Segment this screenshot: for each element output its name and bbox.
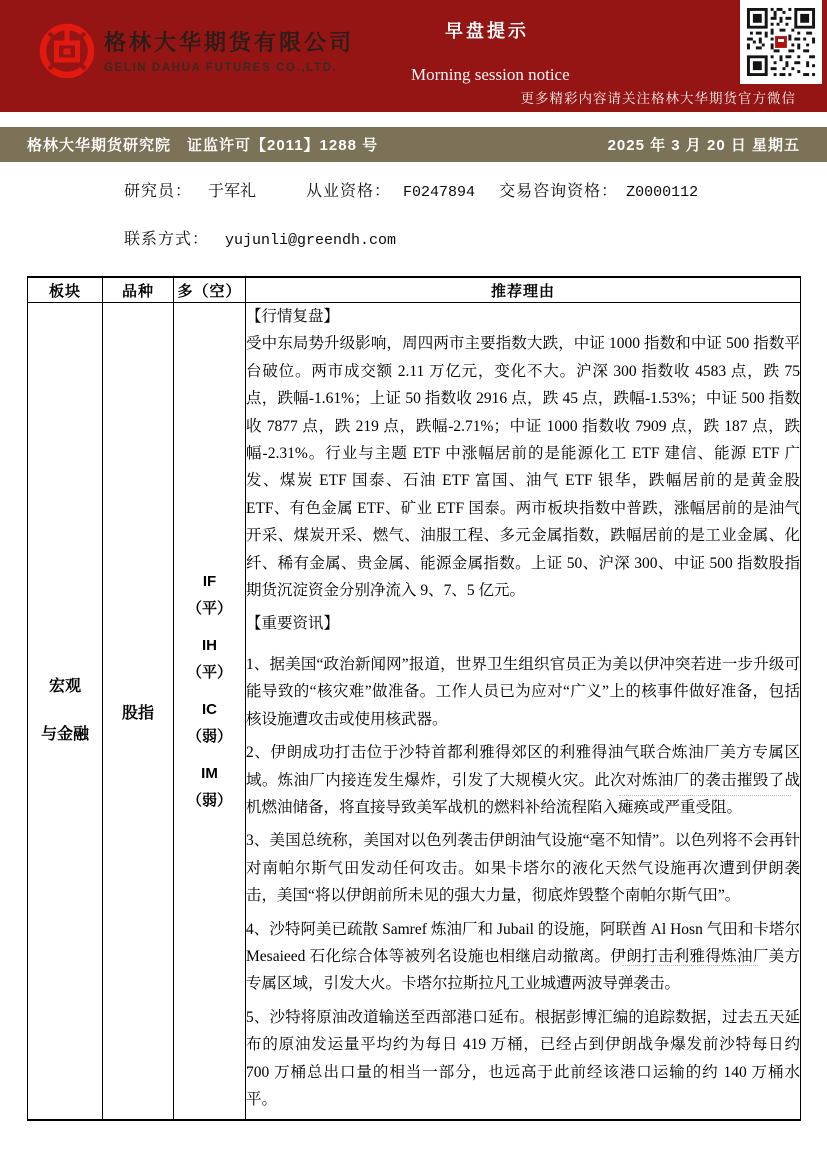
section-heading-important-news: 【重要资讯】 (246, 610, 800, 637)
company-name-cn: 格林大华期货有限公司 (104, 26, 354, 57)
position-item-im: IM （弱） (174, 760, 245, 814)
news-paragraph-5: 5、沙特将原油改道输送至西部港口延布。根据彭博汇编的追踪数据，过去五天延布的原油… (246, 1004, 800, 1114)
news-paragraph-4: 4、沙特阿美已疏散 Samref 炼油厂和 Jubail 的设施，阿联酋 Al … (246, 916, 800, 998)
position-code: IH (174, 632, 245, 659)
recommendation-table: 板块 品种 多（空） 推荐理由 宏观 与金融 股指 IF （平） (27, 276, 801, 1121)
banner-divider-gap (0, 112, 827, 127)
table-row: 宏观 与金融 股指 IF （平） IH （平） IC (28, 303, 801, 1121)
wechat-follow-note: 更多精彩内容请关注格林大华期货官方微信 (521, 87, 797, 107)
reason-cell: 【行情复盘】 受中东局势升级影响，周四两市主要指数大跌，中证 1000 指数和中… (246, 303, 801, 1121)
variety-text: 股指 (122, 705, 154, 722)
col-header-position: 多（空） (174, 277, 246, 303)
position-stance: （平） (174, 659, 245, 686)
contact-row: 联系方式： yujunli@greendh.com (124, 226, 827, 249)
researcher-name: 于军礼 (208, 178, 256, 201)
report-title-en: Morning session notice (411, 65, 563, 85)
sector-cell: 宏观 与金融 (28, 303, 103, 1121)
market-review-paragraph: 受中东局势升级影响，周四两市主要指数大跌，中证 1000 指数和中证 500 指… (246, 330, 800, 604)
company-name-en: GELIN DAHUA FUTURES CO.,LTD. (104, 62, 354, 74)
section-market-review: 【行情复盘】 受中东局势升级影响，周四两市主要指数大跌，中证 1000 指数和中… (246, 303, 800, 604)
table-header-row: 板块 品种 多（空） 推荐理由 (28, 277, 801, 303)
advisory-number: Z0000112 (626, 184, 698, 201)
contact-email: yujunli@greendh.com (225, 232, 396, 249)
dotted-artifact-line-1 (619, 795, 791, 796)
researcher-credentials-row: 研究员： 于军礼 从业资格： F0247894 交易咨询资格： Z0000112 (124, 178, 827, 201)
position-stance: （弱） (174, 787, 245, 814)
company-name-block: 格林大华期货有限公司 GELIN DAHUA FUTURES CO.,LTD. (104, 26, 354, 74)
news-paragraph-3: 3、美国总统称，美国对以色列袭击伊朗油气设施“毫不知情”。以色列将不会再针对南帕… (246, 827, 800, 909)
position-code: IF (174, 568, 245, 595)
section-heading-market-review: 【行情复盘】 (246, 303, 800, 330)
header-banner: 格林大华期货有限公司 GELIN DAHUA FUTURES CO.,LTD. … (0, 0, 827, 112)
position-item-ic: IC （弱） (174, 696, 245, 750)
wechat-qr-code (740, 0, 822, 84)
qualification-number: F0247894 (403, 184, 475, 201)
institute-license-text: 格林大华期货研究院 证监许可【2011】1288 号 (27, 134, 378, 155)
researcher-info-block: 研究员： 于军礼 从业资格： F0247894 交易咨询资格： Z0000112… (124, 178, 827, 249)
position-stance: （平） (174, 595, 245, 622)
sector-text-line2: 与金融 (28, 724, 102, 746)
report-title-block: 早盘提示 Morning session notice (411, 17, 563, 85)
dotted-artifact-line-2 (622, 965, 758, 966)
sector-text-line1: 宏观 (28, 676, 102, 698)
col-header-variety: 品种 (103, 277, 174, 303)
position-list: IF （平） IH （平） IC （弱） IM （弱） (174, 568, 245, 814)
company-logo-icon (37, 21, 97, 81)
researcher-label: 研究员： (124, 178, 192, 201)
position-cell: IF （平） IH （平） IC （弱） IM （弱） (174, 303, 246, 1121)
qualification-label: 从业资格： (306, 178, 391, 201)
position-code: IM (174, 760, 245, 787)
position-item-ih: IH （平） (174, 632, 245, 686)
institute-info-bar: 格林大华期货研究院 证监许可【2011】1288 号 2025 年 3 月 20… (0, 127, 827, 162)
advisory-label: 交易咨询资格： (499, 178, 618, 201)
col-header-reason: 推荐理由 (246, 277, 801, 303)
report-date: 2025 年 3 月 20 日 星期五 (608, 134, 800, 155)
position-stance: （弱） (174, 723, 245, 750)
col-header-sector: 板块 (28, 277, 103, 303)
position-code: IC (174, 696, 245, 723)
news-paragraph-2: 2、伊朗成功打击位于沙特首都利雅得郊区的利雅得油气联合炼油厂美方专属区域。炼油厂… (246, 739, 800, 821)
news-paragraph-1: 1、据美国“政治新闻网”报道，世界卫生组织官员正为美以伊冲突若进一步升级可能导致… (246, 651, 800, 733)
variety-cell: 股指 (103, 303, 174, 1121)
contact-label: 联系方式： (124, 231, 209, 248)
position-item-if: IF （平） (174, 568, 245, 622)
qr-code-icon (744, 5, 818, 79)
section-important-news: 【重要资讯】 1、据美国“政治新闻网”报道，世界卫生组织官员正为美以伊冲突若进一… (246, 610, 800, 1113)
report-title-cn: 早盘提示 (411, 17, 563, 43)
